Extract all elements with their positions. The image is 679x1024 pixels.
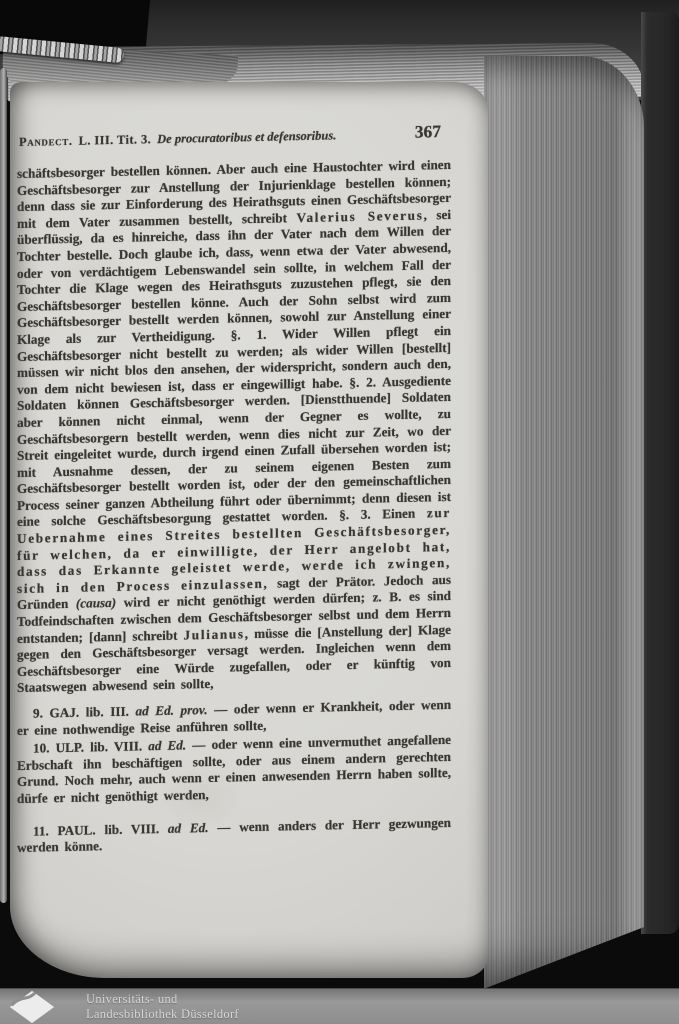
header-work: Pandect. — [19, 134, 73, 150]
header-title: De procuratoribus et defensoribus. — [157, 128, 336, 147]
header-locus: L. III. Tit. 3. — [79, 132, 152, 149]
body-paragraph: schäftsbesorger bestellen können. Aber a… — [17, 157, 451, 697]
entry-cite: ad Ed. — [148, 738, 186, 754]
ulb-logo-icon-svg — [8, 990, 56, 1024]
page-stack-fore-edge — [484, 56, 644, 990]
left-page-edge — [0, 68, 7, 903]
citation-entry-10: 10. ULP. lib. VIII. ad Ed. — oder wenn e… — [17, 732, 451, 807]
entry-cite: ad Ed. — [168, 820, 209, 836]
library-footer-bar: Universitäts- und Landesbibliothek Düsse… — [0, 988, 679, 1024]
text-segment: Valerius Severus — [297, 207, 424, 225]
entry-cite: ad Ed. prov. — [136, 702, 208, 719]
library-name: Universitäts- und Landesbibliothek Düsse… — [86, 992, 239, 1022]
library-name-line1: Universitäts- und — [86, 992, 239, 1007]
library-name-line2: Landesbibliothek Düsseldorf — [86, 1007, 239, 1022]
text-segment: , sei überflüssig, da es hinreiche, dass… — [17, 207, 451, 530]
ulb-logo-icon — [8, 990, 60, 1024]
text-segment: (causa) — [76, 595, 116, 611]
page-number: 367 — [415, 121, 449, 143]
printed-page-text: Pandect. L. III. Tit. 3. De procuratorib… — [17, 121, 451, 857]
book-cover-right — [641, 12, 679, 934]
text-segment: Julianus — [184, 626, 245, 642]
digitized-book-scan: Pandect. L. III. Tit. 3. De procuratorib… — [0, 0, 679, 1024]
entry-lead: 9. GAJ. lib. III. — [33, 704, 129, 721]
entry-lead: 11. PAUL. lib. VIII. — [33, 821, 159, 839]
entry-lead: 10. ULP. lib. VIII. — [33, 739, 142, 756]
